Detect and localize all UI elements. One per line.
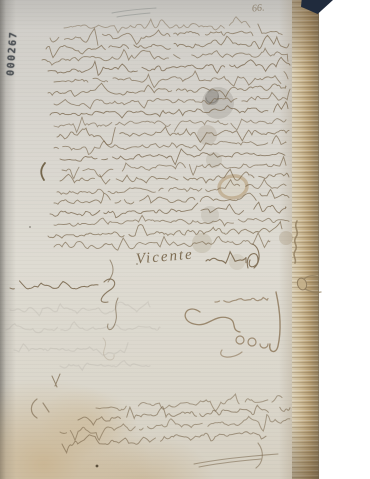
book-fore-edge [292,0,319,479]
manuscript-page [0,0,293,479]
archive-stamp-number: 000267 [6,30,20,76]
manuscript-scan: 000267 66. Vicente [0,0,370,479]
archive-stamp: 000267 [1,22,25,84]
scan-background-margin [318,0,370,479]
folio-number: 66. [251,2,265,14]
